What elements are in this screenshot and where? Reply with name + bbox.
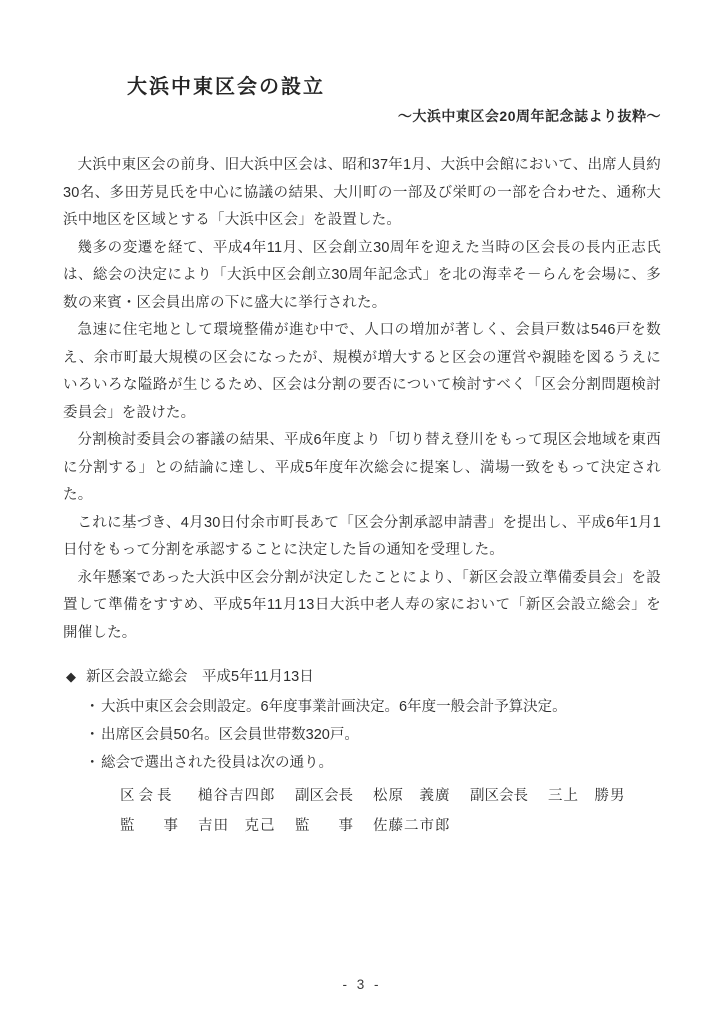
officer: 監 事佐藤二市郎: [295, 816, 470, 837]
meeting-item: ・大浜中東区会会則設定。6年度事業計画決定。6年度一般会計予算決定。: [63, 693, 661, 721]
paragraph: 急速に住宅地として環境整備が進む中で、人口の増加が著しく、会員戸数は546戸を数…: [63, 317, 661, 427]
meeting-heading: ◆ 新区会設立総会 平成5年11月13日: [63, 663, 661, 691]
bullet-dot-icon: ・: [85, 693, 101, 721]
meeting-item-text: 出席区会員50名。区会員世帯数320戸。: [101, 721, 359, 749]
meeting-item: ・出席区会員50名。区会員世帯数320戸。: [63, 721, 661, 749]
page-subtitle: ～大浜中東区会20周年記念誌より抜粋～: [63, 106, 661, 126]
officer-role: 監 事: [295, 816, 373, 837]
document-page: 大浜中東区会の設立 ～大浜中東区会20周年記念誌より抜粋～ 大浜中東区会の前身、…: [0, 0, 724, 1024]
officer: 副区会長松原 義廣: [295, 786, 470, 807]
page-number: - 3 -: [0, 977, 724, 992]
officer-name: 佐藤二市郎: [373, 816, 451, 837]
meeting-item: ・総会で選出された役員は次の通り。: [63, 749, 661, 777]
page-content: 大浜中東区会の設立 ～大浜中東区会20周年記念誌より抜粋～ 大浜中東区会の前身、…: [63, 70, 661, 837]
officer-name: 吉田 克己: [198, 816, 276, 837]
officer-name: 三上 勝男: [548, 786, 626, 807]
meeting-section: ◆ 新区会設立総会 平成5年11月13日 ・大浜中東区会会則設定。6年度事業計画…: [63, 663, 661, 837]
paragraph: 永年懸案であった大浜中区会分割が決定したことにより、「新区会設立準備委員会」を設…: [63, 565, 661, 648]
officer-name: 槌谷吉四郎: [198, 786, 276, 807]
meeting-items: ・大浜中東区会会則設定。6年度事業計画決定。6年度一般会計予算決定。・出席区会員…: [63, 693, 661, 777]
paragraph: 分割検討委員会の審議の結果、平成6年度より「切り替え登川をもって現区会地域を東西…: [63, 427, 661, 510]
officers-list: 区 会 長槌谷吉四郎副区会長松原 義廣副区会長三上 勝男監 事吉田 克己監 事佐…: [63, 786, 661, 837]
diamond-bullet-icon: ◆: [66, 663, 76, 691]
page-title: 大浜中東区会の設立: [127, 70, 661, 99]
officer-row: 区 会 長槌谷吉四郎副区会長松原 義廣副区会長三上 勝男: [120, 786, 661, 807]
officer-row: 監 事吉田 克己監 事佐藤二市郎: [120, 816, 661, 837]
officer: 副区会長三上 勝男: [470, 786, 645, 807]
paragraph: これに基づき、4月30日付余市町長あて「区会分割承認申請書」を提出し、平成6年1…: [63, 510, 661, 565]
officer: 監 事吉田 克己: [120, 816, 295, 837]
meeting-heading-text: 新区会設立総会 平成5年11月13日: [86, 663, 314, 691]
meeting-item-text: 総会で選出された役員は次の通り。: [101, 749, 333, 777]
body-paragraphs: 大浜中東区会の前身、旧大浜中区会は、昭和37年1月、大浜中会館において、出席人員…: [63, 152, 661, 647]
officer-role: 区 会 長: [120, 786, 198, 807]
bullet-dot-icon: ・: [85, 721, 101, 749]
officer-name: 松原 義廣: [373, 786, 451, 807]
paragraph: 大浜中東区会の前身、旧大浜中区会は、昭和37年1月、大浜中会館において、出席人員…: [63, 152, 661, 235]
officer-role: 副区会長: [295, 786, 373, 807]
officer-role: 副区会長: [470, 786, 548, 807]
paragraph: 幾多の変遷を経て、平成4年11月、区会創立30周年を迎えた当時の区会長の長内正志…: [63, 235, 661, 318]
officer-role: 監 事: [120, 816, 198, 837]
bullet-dot-icon: ・: [85, 749, 101, 777]
officer: 区 会 長槌谷吉四郎: [120, 786, 295, 807]
meeting-item-text: 大浜中東区会会則設定。6年度事業計画決定。6年度一般会計予算決定。: [101, 693, 567, 721]
